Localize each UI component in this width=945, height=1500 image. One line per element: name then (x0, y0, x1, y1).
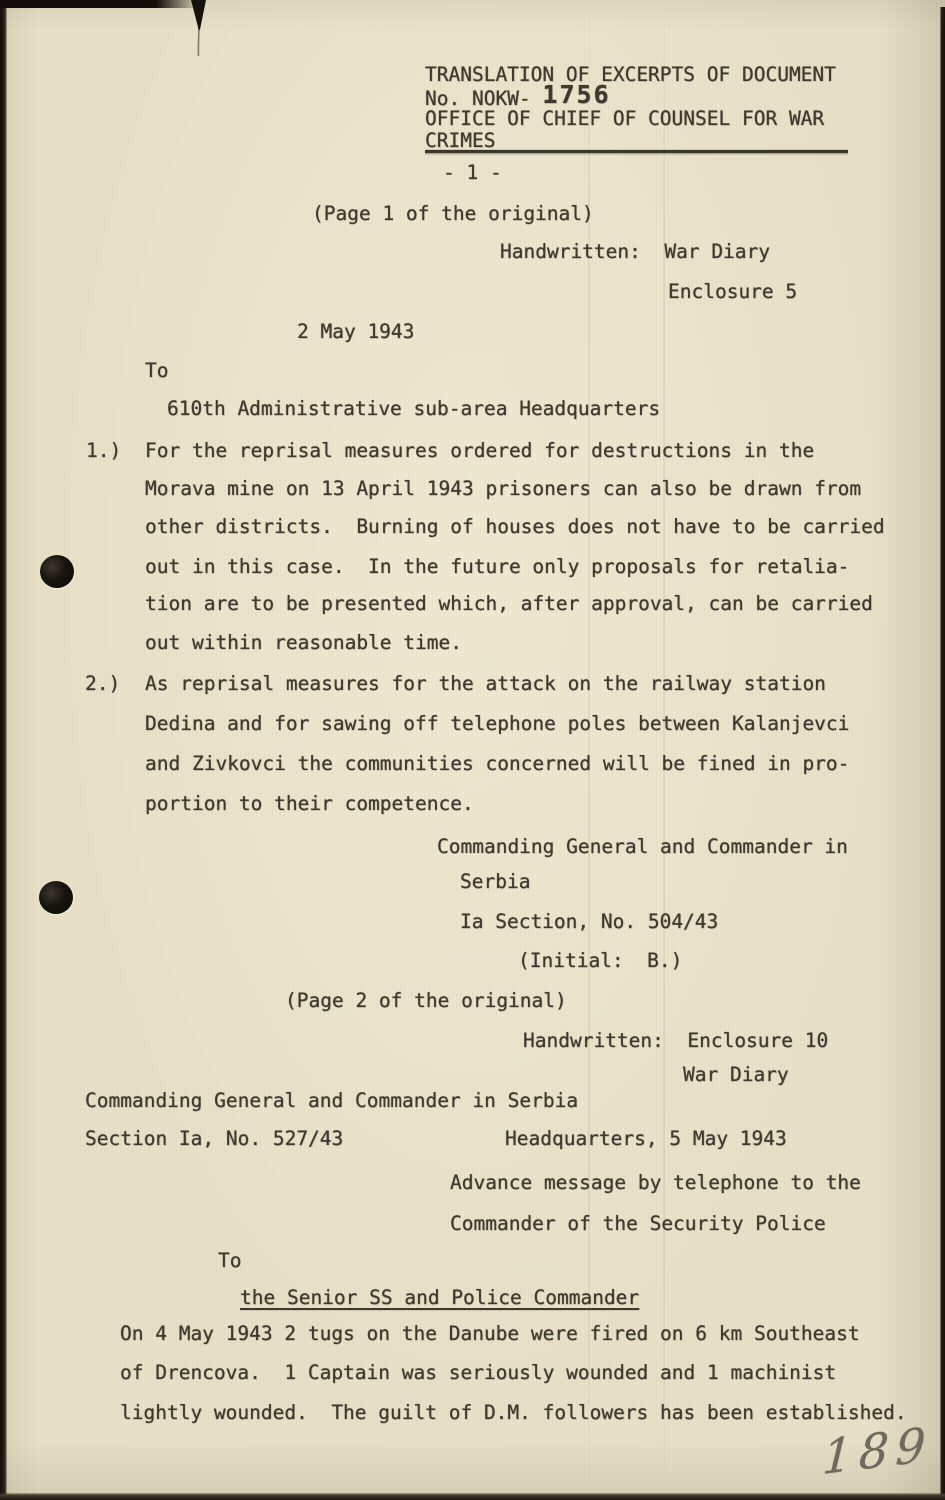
hole-punch (39, 881, 73, 914)
text-line: Commander of the Security Police (450, 1213, 826, 1235)
paper-crease (663, 0, 665, 1500)
text-line: Dedina and for sawing off telephone pole… (145, 713, 849, 735)
header-underline (425, 150, 848, 153)
text-line: Enclosure 5 (668, 281, 797, 303)
signature-line: Serbia (460, 871, 530, 893)
text-line: portion to their competence. (145, 793, 474, 815)
text-line: Morava mine on 13 April 1943 prisoners c… (145, 478, 861, 500)
text-line: Advance message by telephone to the (450, 1172, 861, 1194)
scan-border-top (0, 0, 200, 8)
handwritten-page-number: 189 (821, 1417, 934, 1486)
text-line: Headquarters, 5 May 1943 (505, 1128, 787, 1150)
text-line: As reprisal measures for the attack on t… (145, 673, 826, 695)
text-line: War Diary (683, 1064, 789, 1086)
document-page: TRANSLATION OF EXCERPTS OF DOCUMENT No. … (0, 0, 945, 1500)
text-line: To (218, 1250, 241, 1272)
list-number: 1.) (86, 440, 121, 462)
text-line: other districts. Burning of houses does … (145, 516, 885, 538)
list-number: 2.) (85, 673, 120, 695)
text-line: For the reprisal measures ordered for de… (145, 440, 814, 462)
date-line: 2 May 1943 (297, 321, 414, 343)
ink-mark-artifact (188, 0, 214, 62)
text-line: tion are to be presented which, after ap… (145, 593, 873, 615)
text-line: To (145, 360, 168, 382)
text-line: Handwritten: Enclosure 10 (523, 1030, 828, 1052)
header-line: CRIMES (425, 130, 495, 152)
text-line: Section Ia, No. 527/43 (85, 1128, 343, 1150)
text-line: Handwritten: War Diary (500, 241, 770, 263)
addressee-line: the Senior SS and Police Commander (240, 1287, 639, 1309)
text-line: out in this case. In the future only pro… (145, 556, 849, 578)
scan-border-right (940, 7, 945, 1500)
text-line: and Zivkovci the communities concerned w… (145, 753, 849, 775)
text-line: Commanding General and Commander in Serb… (85, 1090, 578, 1112)
paper-crease (588, 0, 590, 1500)
scan-border-left (0, 0, 7, 1500)
signature-line: (Initial: B.) (518, 950, 682, 972)
text-line: of Drencova. 1 Captain was seriously wou… (120, 1362, 836, 1384)
text-line: (Page 2 of the original) (285, 990, 567, 1012)
text-line: out within reasonable time. (145, 632, 462, 654)
header-line: TRANSLATION OF EXCERPTS OF DOCUMENT (425, 64, 836, 86)
text-line: lightly wounded. The guilt of D.M. follo… (120, 1402, 907, 1424)
doc-number-value: 1756 (542, 80, 610, 109)
addressee-line: 610th Administrative sub-area Headquarte… (167, 398, 660, 420)
hole-punch (40, 555, 74, 588)
signature-line: Ia Section, No. 504/43 (460, 911, 718, 933)
signature-line: Commanding General and Commander in (437, 836, 848, 858)
page-number: - 1 - (443, 162, 502, 184)
scan-border-bottom (0, 1493, 945, 1500)
text-line: On 4 May 1943 2 tugs on the Danube were … (120, 1323, 860, 1345)
text-line: (Page 1 of the original) (312, 203, 594, 225)
header-line: OFFICE OF CHIEF OF COUNSEL FOR WAR (425, 108, 824, 130)
